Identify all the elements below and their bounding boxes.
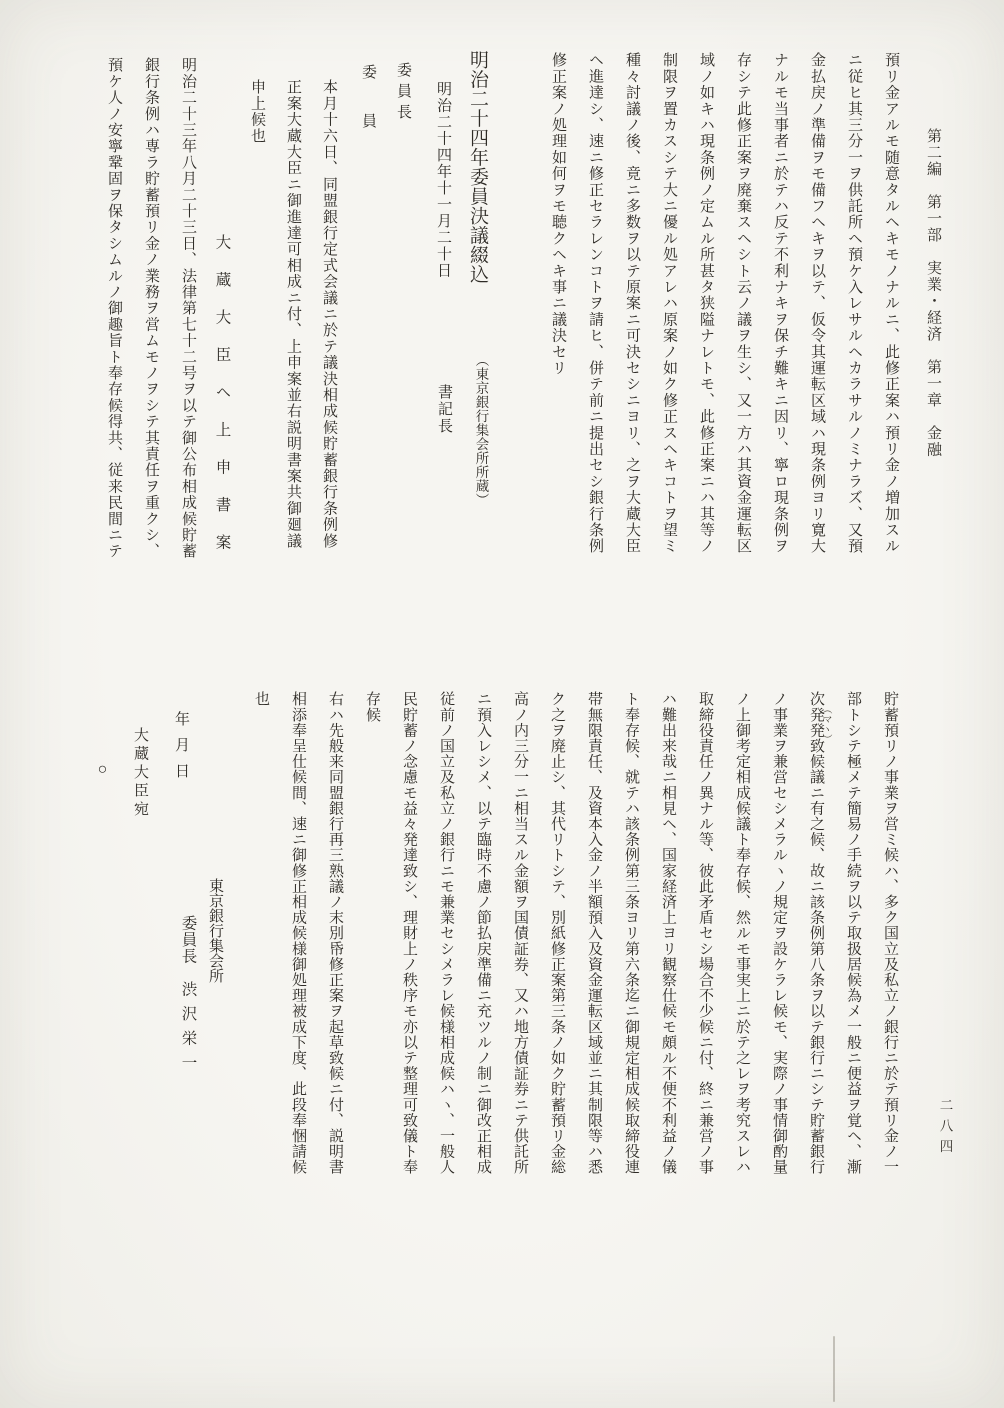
petition-body-column: 存候 <box>352 691 389 722</box>
petition-body-column: 高ノ内三分一ニ相当スル金額ヲ国債証券、又ハ地方債証券ニテ供託所 <box>500 691 537 1175</box>
list-circle-mark: ○ <box>94 761 110 778</box>
resolution-column: 本月十六日、同盟銀行定式会議ニ於テ議決相成候貯蓄銀行条例修 <box>310 79 346 549</box>
record-intro-columns: 預リ金アルモ随意タルヘキモノナルニ、此修正案ハ預リ金ノ増加スルニ従ヒ其三分一ヲ供… <box>538 52 908 554</box>
petition-body-column: 貯蓄預リノ事業ヲ営ミ候ハ、多ク国立及私立ノ銀行ニ於テ預リ金ノ一 <box>870 691 907 1175</box>
resolution-columns: 本月十六日、同盟銀行定式会議ニ於テ議決相成候貯蓄銀行条例修正案大蔵大臣ニ御進達可… <box>238 79 346 549</box>
petition-body-column: ノ上御考定相成候議ト奉存候、然ルモ事実上ニ於テ之レヲ考究スレハ <box>722 691 759 1175</box>
petition-body-columns: 貯蓄預リノ事業ヲ営ミ候ハ、多ク国立及私立ノ銀行ニ於テ預リ金ノ一部トシテ極メテ簡易… <box>241 691 907 1175</box>
secretary-label: 書記長 <box>436 384 451 435</box>
petition-opening-columns: 明治二十三年八月二十三日、法律第七十二号ヲ以テ御公布相成候貯蓄銀行条例ハ専ラ貯蓄… <box>94 57 205 559</box>
petition-body-column: ニ預入レシメ、以テ臨時不慮ノ節払戻準備ニ充ツルノ制ニ御改正相成 <box>463 691 500 1175</box>
record-intro-column: 金払戻ノ準備ヲモ備フヘキヲ以テ、仮令其運転区域ハ現条例ヨリ寛大 <box>797 52 834 554</box>
sic-mark: ︵マヽ︶ <box>820 704 830 744</box>
record-intro-column: 種々討議ノ後、竟ニ多数ヲ以テ原案ニ可決セシニヨリ、之ヲ大蔵大臣 <box>612 52 649 554</box>
running-header: 第二編 第一部 実業・経済 第一章 金融 <box>925 128 940 458</box>
book-page: 第二編 第一部 実業・経済 第一章 金融 二八四 預リ金アルモ随意タルヘキモノナ… <box>0 0 1004 1408</box>
record-intro-column: ナルモ当事者ニ於テハ反テ不利ナキヲ保チ難キニ因リ、寧ロ現条例ヲ <box>760 52 797 554</box>
petition-body-column: 右ハ先般来同盟銀行再三熟議ノ末別帋修正案ヲ起草致候ニ付、説明書 <box>315 691 352 1175</box>
record-intro-column: 修正案ノ処理如何ヲモ聴クヘキ事ニ議決セリ <box>538 52 575 376</box>
record-intro-column: 預リ金アルモ随意タルヘキモノナルニ、此修正案ハ預リ金ノ増加スル <box>871 52 908 554</box>
petition-opening-column: 預ケ人ノ安寧鞏固ヲ保タシムルノ御趣旨ト奉存候得共、従来民間ニテ <box>94 57 131 559</box>
petition-body-column: 相添奉呈仕候間、速ニ御修正相成候様御処理被成下度、此段奉悃請候 <box>278 691 315 1175</box>
record-intro-column: 域ノ如キハ現条例ノ定ムル所甚タ狭隘ナレトモ、此修正案ニハ其等ノ <box>686 52 723 554</box>
petition-body-column: 取締役責任ノ異ナル等、彼此矛盾セシ場合不少候ニ付、終ニ兼営ノ事 <box>685 691 722 1175</box>
petition-body-column: ノ事業ヲ兼営セシメラルヽノ規定ヲ設ケラレ候モ、実際ノ事情御酌量 <box>759 691 796 1175</box>
petition-heading: 大蔵大臣ヘ上申書案 <box>214 234 230 572</box>
petition-body-column: 部トシテ極メテ簡易ノ手続ヲ以テ取扱居候為メ一般ニ便益ヲ覚ヘ、漸 <box>833 691 870 1175</box>
archive-note: ︵東京銀行集会所所蔵︶ <box>474 353 488 507</box>
record-date: 明治二十四年十一月二十日 <box>435 81 450 279</box>
record-intro-column: ヘ進達シ、速ニ修正セラレンコトヲ請ヒ、併テ前ニ提出セシ銀行条例 <box>575 52 612 554</box>
resolution-column: 正案大蔵大臣ニ御進達可相成ニ付、上申案並右説明書案共御廻議 <box>274 79 310 549</box>
resolution-column: 申上候也 <box>238 79 274 144</box>
petition-body-column: 従前ノ国立及私立ノ銀行ニモ兼業セシメラレ候様相成候ハヽ、一般人 <box>426 691 463 1175</box>
signer-name: 渋沢栄一 <box>180 981 196 1079</box>
organization-name: 東京銀行集会所 <box>207 878 222 983</box>
petition-body-column: ト奉存候、就テハ該条例第三条ヨリ第六条迄ニ御規定相成候取締役連 <box>611 691 648 1175</box>
signature-date: 年月日 <box>173 711 188 789</box>
record-intro-column: 制限ヲ置カスシテ大ニ優ル処アレハ原案ノ如ク修正スヘキコトヲ望ミ <box>649 52 686 554</box>
petition-body-column: 帯無限責任、及資本入金ノ半額預入及資金運転区域並ニ其制限等ハ悉 <box>574 691 611 1175</box>
record-intro-column: 存シテ此修正案ヲ廃棄スヘシト云ノ議ヲ生シ、又一方ハ其資金運転区 <box>723 52 760 554</box>
chairman-label: 委員長 <box>395 62 410 125</box>
document-title: 明治二十四年委員決議綴込 <box>468 50 487 284</box>
petition-body-column: ハ難出来哉ニ相見ヘ、国家経済上ヨリ観察仕候モ頗ル不便不利益ノ儀 <box>648 691 685 1175</box>
petition-opening-column: 銀行条例ハ専ラ貯蓄預リ金ノ業務ヲ営ムモノヲシテ其責任ヲ重クシ、 <box>131 57 168 559</box>
addressee: 大蔵大臣宛 <box>132 727 147 820</box>
scan-artifact-line <box>833 1336 835 1402</box>
page-number: 二八四 <box>938 1098 952 1160</box>
petition-opening-column: 明治二十三年八月二十三日、法律第七十二号ヲ以テ御公布相成候貯蓄 <box>168 57 205 559</box>
petition-body-column: 也 <box>241 691 278 707</box>
petition-body-column: ク之ヲ廃止シ、其代リトシテ、別紙修正案第三条ノ如ク貯蓄預リ金総 <box>537 691 574 1175</box>
signer-title: 委員長 <box>180 915 196 965</box>
petition-body-column: 次発発致候議ニ有之候、故ニ該条例第八条ヲ以テ銀行ニシテ貯蓄銀行 <box>796 691 833 1175</box>
member-label: 委員 <box>360 64 375 162</box>
petition-body-column: 民貯蓄ノ念慮モ益々発達致シ、理財上ノ秩序モ亦以テ整理可致儀ト奉 <box>389 691 426 1175</box>
record-intro-column: ニ従ヒ其三分一ヲ供託所ヘ預ケ入レサルヘカラサルノミナラズ、又預 <box>834 52 871 554</box>
